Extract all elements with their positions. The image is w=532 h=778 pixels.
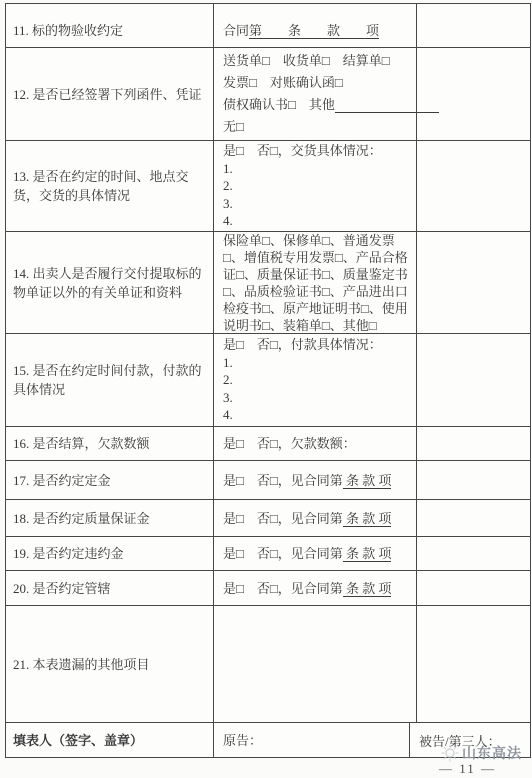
answer-line: 保险单□、保修单□、普通发票□、增值税专用发票□、产品合格证□、质量保证书□、质… [223,232,410,334]
answer-line: 1. [223,354,410,372]
question-text: 17. 是否约定定金 [13,471,111,490]
answer-line: 3. [223,389,410,407]
brand-name: 山东高法 [462,743,522,763]
fill-in-blank: 第 条 款 项 [249,23,379,39]
answer-cell: 是□ 否□，交货具体情况：1.2.3.4. [214,141,417,231]
page-number: — 11 — [439,761,496,777]
answer-line: 合同第 条 款 项 [223,22,410,39]
notes-cell [417,571,530,605]
answer-line: 是□ 否□，见合同第 条 款 项 [223,510,410,527]
answer-cell: 是□ 否□，见合同第 条 款 项 [214,537,417,570]
answer-line: 是□ 否□，见合同第 条 款 项 [223,545,410,562]
table-row: 21. 本表遗漏的其他项目 [6,605,530,722]
question-text: 16. 是否结算，欠款数额 [13,434,150,453]
question-text: 18. 是否约定质量保证金 [13,509,150,528]
answer-line: 4. [223,406,410,424]
answer-line: 债权确认书□ 其他 [223,94,410,116]
notes-cell [417,461,530,499]
answer-cell: 是□ 否□，欠款数额： [214,427,417,460]
question-cell [6,4,214,14]
table-row: 11. 标的物验收约定 合同第 条 款 项 [6,14,530,47]
notes-cell [417,232,530,333]
answer-line: 无□ [223,116,410,138]
answer-line: 2. [223,177,410,195]
question-cell: 19. 是否约定违约金 [6,537,214,570]
table-row: 12. 是否已经签署下列函件、凭证 送货单□ 收货单□ 结算单□发票□ 对账确认… [6,47,530,140]
sun-emblem-icon [441,744,459,762]
question-text: 20. 是否约定管辖 [13,579,111,598]
brand-logo: 山东高法 [439,745,522,760]
notes-cell [417,334,530,426]
answer-cell: 是□ 否□，见合同第 条 款 项 [214,571,417,605]
table-rows: 11. 标的物验收约定 合同第 条 款 项 12. 是否已经签署下列函件、凭证 … [6,14,530,722]
answer-cell: 送货单□ 收货单□ 结算单□发票□ 对账确认函□债权确认书□ 其他 无□ [214,48,417,140]
answer-line: 4. [223,212,410,230]
question-cell: 11. 标的物验收约定 [6,14,214,47]
question-text: 11. 标的物验收约定 [13,21,123,40]
question-cell: 18. 是否约定质量保证金 [6,500,214,536]
question-text: 13. 是否在约定的时间、地点交货，交货的具体情况 [13,167,209,205]
question-cell: 15. 是否在约定时间付款，付款的具体情况 [6,334,214,426]
notes-cell [417,4,530,14]
table-row: 17. 是否约定定金 是□ 否□，见合同第 条 款 项 [6,460,530,499]
notes-cell [417,14,530,47]
table-row: 13. 是否在约定的时间、地点交货，交货的具体情况 是□ 否□，交货具体情况：1… [6,140,530,231]
notes-cell [417,48,530,140]
form-table: 11. 标的物验收约定 合同第 条 款 项 12. 是否已经签署下列函件、凭证 … [5,3,531,758]
question-cell: 12. 是否已经签署下列函件、凭证 [6,48,214,140]
plaintiff-cell: 原告： [214,723,410,757]
question-text: 14. 出卖人是否履行交付提取标的物单证以外的有关单证和资料 [13,264,209,302]
table-row: 20. 是否约定管辖 是□ 否□，见合同第 条 款 项 [6,570,530,605]
notes-cell [417,500,530,536]
question-cell: 21. 本表遗漏的其他项目 [6,606,214,722]
scanned-form-page: 11. 标的物验收约定 合同第 条 款 项 12. 是否已经签署下列函件、凭证 … [0,0,532,778]
answer-line: 2. [223,371,410,389]
question-cell: 13. 是否在约定的时间、地点交货，交货的具体情况 [6,141,214,231]
answer-line: 是□ 否□，欠款数额： [223,435,410,452]
answer-line: 3. [223,195,410,213]
question-cell: 16. 是否结算，欠款数额 [6,427,214,460]
question-cell: 14. 出卖人是否履行交付提取标的物单证以外的有关单证和资料 [6,232,214,333]
page-footer: 山东高法 — 11 — [439,745,522,777]
table-row-partial [6,4,530,14]
question-text: 15. 是否在约定时间付款，付款的具体情况 [13,361,209,399]
table-row: 18. 是否约定质量保证金 是□ 否□，见合同第 条 款 项 [6,499,530,536]
question-text: 19. 是否约定违约金 [13,544,124,563]
answer-line: 是□ 否□，交货具体情况： [223,142,410,160]
table-row: 19. 是否约定违约金 是□ 否□，见合同第 条 款 项 [6,536,530,570]
question-text: 12. 是否已经签署下列函件、凭证 [13,85,202,104]
notes-cell [417,141,530,231]
answer-line: 发票□ 对账确认函□ [223,72,410,94]
answer-line: 是□ 否□，见合同第 条 款 项 [223,580,410,597]
fill-in-blank: 条 款 项 [343,581,392,597]
fill-in-blank: 条 款 项 [343,473,392,489]
answer-line: 送货单□ 收货单□ 结算单□ [223,50,410,72]
table-row: 14. 出卖人是否履行交付提取标的物单证以外的有关单证和资料 保险单□、保修单□… [6,231,530,333]
question-cell: 17. 是否约定定金 [6,461,214,499]
answer-cell: 是□ 否□，见合同第 条 款 项 [214,500,417,536]
notes-cell [417,427,530,460]
answer-cell: 合同第 条 款 项 [214,14,417,47]
answer-line: 1. [223,160,410,178]
question-cell: 20. 是否约定管辖 [6,571,214,605]
filler-label-cell: 填表人（签字、盖章） [6,723,214,757]
answer-line: 是□ 否□，付款具体情况： [223,336,410,354]
answer-cell: 保险单□、保修单□、普通发票□、增值税专用发票□、产品合格证□、质量保证书□、质… [214,232,417,333]
notes-cell [417,606,530,722]
fill-in-blank: 条 款 项 [343,511,392,527]
question-text: 21. 本表遗漏的其他项目 [13,655,150,674]
answer-line: 是□ 否□，见合同第 条 款 项 [223,472,410,489]
fill-in-blank: 条 款 项 [343,546,392,562]
answer-cell [214,4,417,14]
plaintiff-label: 原告： [223,732,403,749]
filler-label: 填表人（签字、盖章） [13,731,143,750]
answer-cell: 是□ 否□，付款具体情况：1.2.3.4. [214,334,417,426]
table-row: 15. 是否在约定时间付款，付款的具体情况 是□ 否□，付款具体情况：1.2.3… [6,333,530,426]
notes-cell [417,537,530,570]
table-row: 16. 是否结算，欠款数额 是□ 否□，欠款数额： [6,426,530,460]
answer-cell [214,606,417,722]
answer-cell: 是□ 否□，见合同第 条 款 项 [214,461,417,499]
